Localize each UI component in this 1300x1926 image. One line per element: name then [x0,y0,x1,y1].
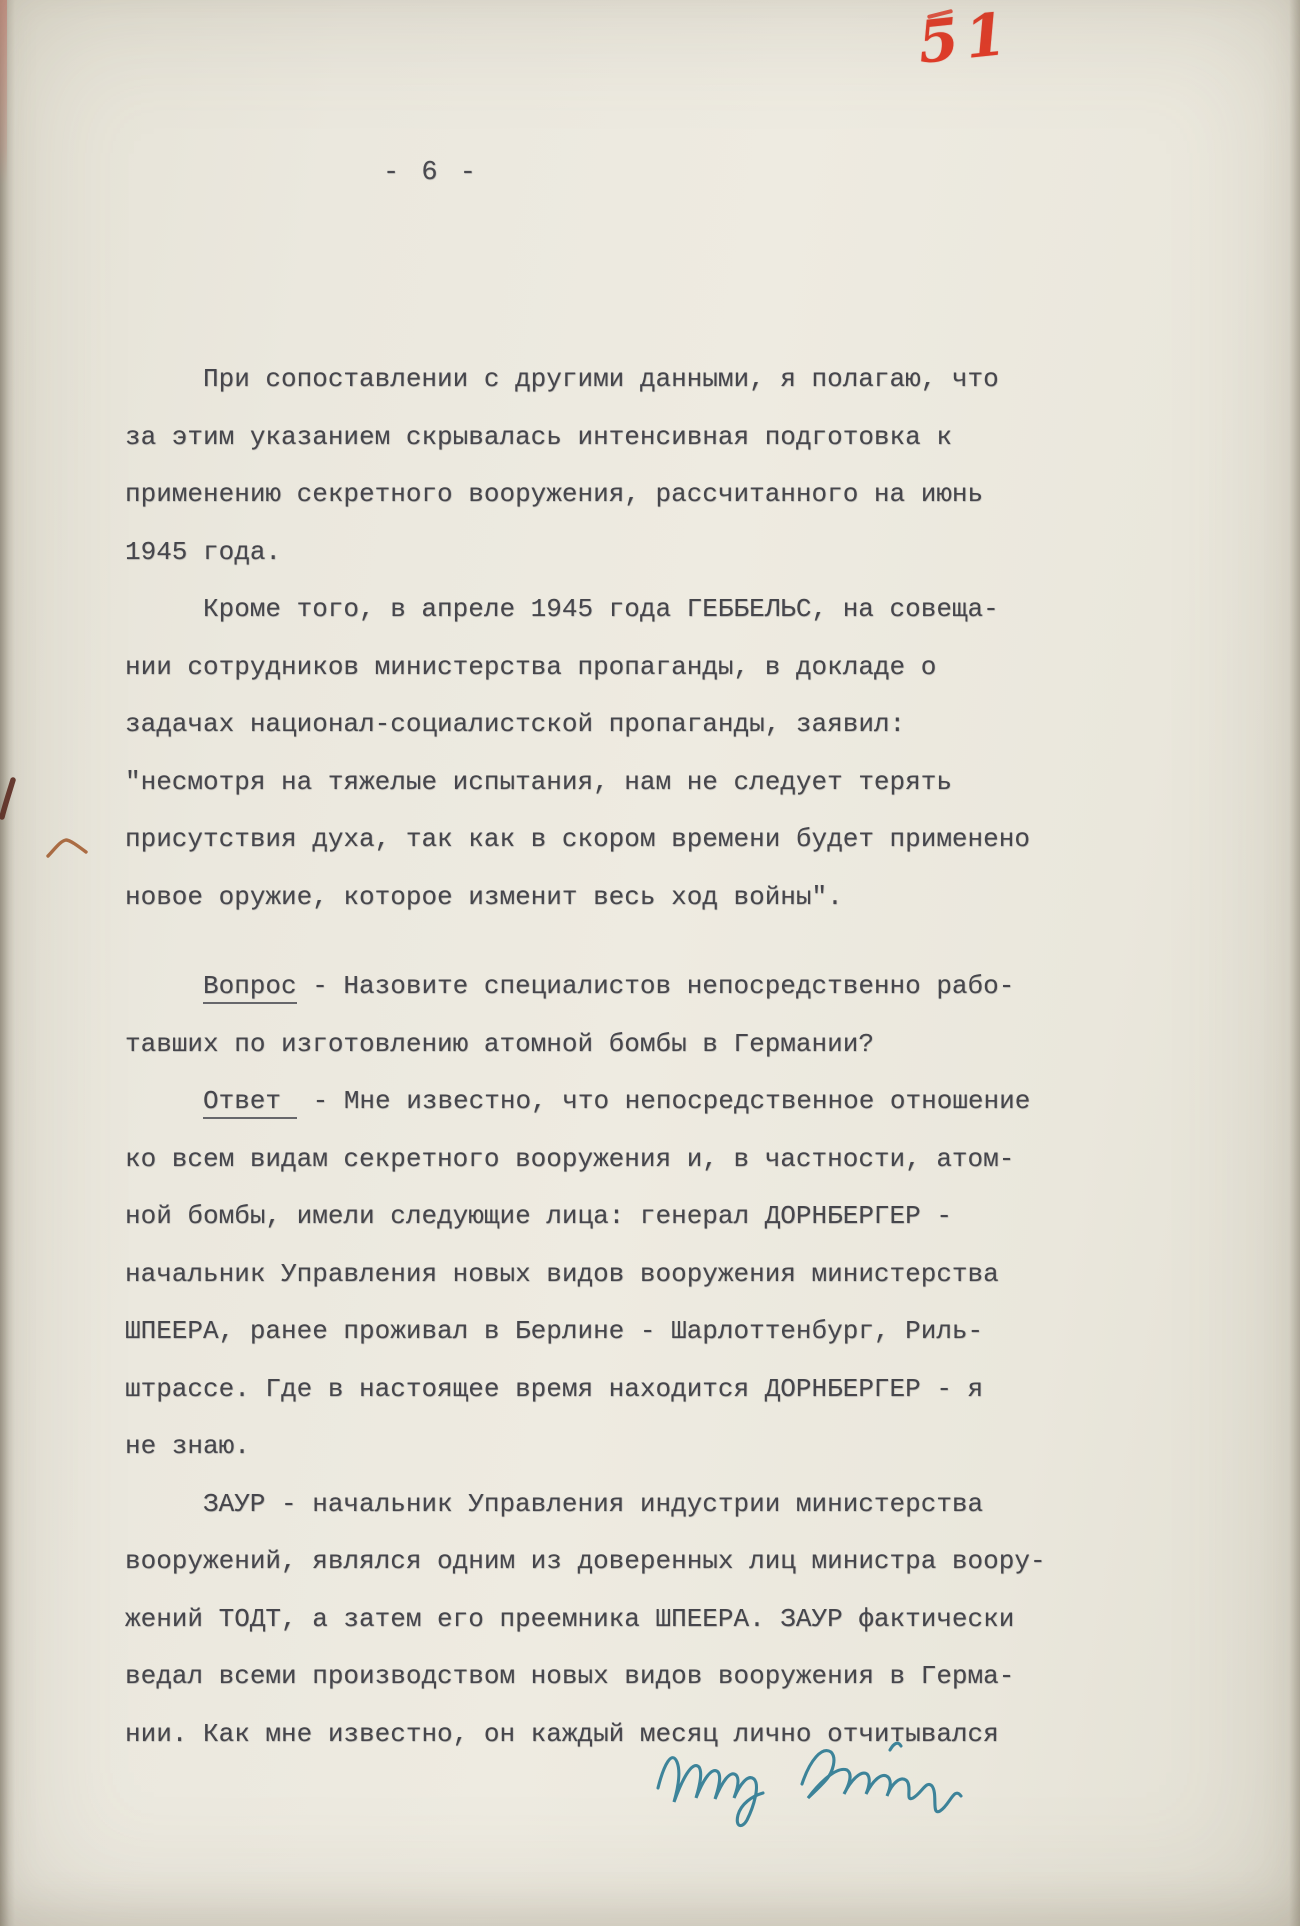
archive-page-number-handwritten: 51 [915,0,1016,77]
underlined-word: Вопрос [203,971,297,1004]
typewritten-line: ведал всеми производством новых видов во… [125,1648,1046,1706]
margin-marks [0,760,110,875]
typewritten-line: ЗАУР - начальник Управления индустрии ми… [125,1476,1046,1534]
typewritten-line: жений ТОДТ, а затем его преемника ШПЕЕРА… [125,1591,1046,1649]
typewritten-body-text: При сопоставлении с другими данными, я п… [125,351,1046,1763]
scan-left-edge-shadow [0,0,15,1926]
margin-slash-mark [2,780,13,817]
margin-pen-marks-svg [0,760,110,870]
page-number: - 6 - [383,158,479,188]
typewritten-line: за этим указанием скрывалась интенсивная… [125,409,1046,467]
signature-accent-stroke [890,1743,901,1750]
underlined-word: Ответ [203,1086,297,1119]
typewritten-line: 1945 года. [125,524,1046,582]
typewritten-line: новое оружие, которое изменит весь ход в… [125,869,1046,927]
typewritten-line: Ответ - Мне известно, что непосредственн… [125,1073,1046,1131]
signature-stroke-right [802,1751,961,1812]
typewritten-line: вооружений, являлся одним из доверенных … [125,1533,1046,1591]
typewritten-line: тавших по изготовлению атомной бомбы в Г… [125,1016,1046,1074]
typewritten-line: задачах национал-социалистской пропаганд… [125,696,1046,754]
typewritten-line: штрассе. Где в настоящее время находится… [125,1361,1046,1419]
typewritten-line: При сопоставлении с другими данными, я п… [125,351,1046,409]
signature-ink-svg [652,1722,1002,1837]
scan-left-edge-tint [0,0,7,185]
margin-caret-mark [48,840,86,856]
typewritten-line: не знаю. [125,1418,1046,1476]
typewritten-line: "несмотря на тяжелые испытания, нам не с… [125,754,1046,812]
typewritten-line: Вопрос - Назовите специалистов непосредс… [125,958,1046,1016]
typewritten-line: Кроме того, в апреле 1945 года ГЕББЕЛЬС,… [125,581,1046,639]
scan-right-edge-shadow [1289,0,1300,1926]
typewritten-line: нии сотрудников министерства пропаганды,… [125,639,1046,697]
typewritten-line: ШПЕЕРА, ранее проживал в Берлине - Шарло… [125,1303,1046,1361]
scanned-document-page: 51 - 6 - При сопоставлении с другими дан… [0,0,1300,1926]
typewritten-line: ко всем видам секретного вооружения и, в… [125,1131,1046,1189]
typewritten-line: начальник Управления новых видов вооруже… [125,1246,1046,1304]
signature [652,1722,1002,1842]
typewritten-line: присутствия духа, так как в скором време… [125,811,1046,869]
typewritten-line: ной бомбы, имели следующие лица: генерал… [125,1188,1046,1246]
signature-stroke-left [658,1758,763,1826]
typewritten-line: применению секретного вооружения, рассчи… [125,466,1046,524]
